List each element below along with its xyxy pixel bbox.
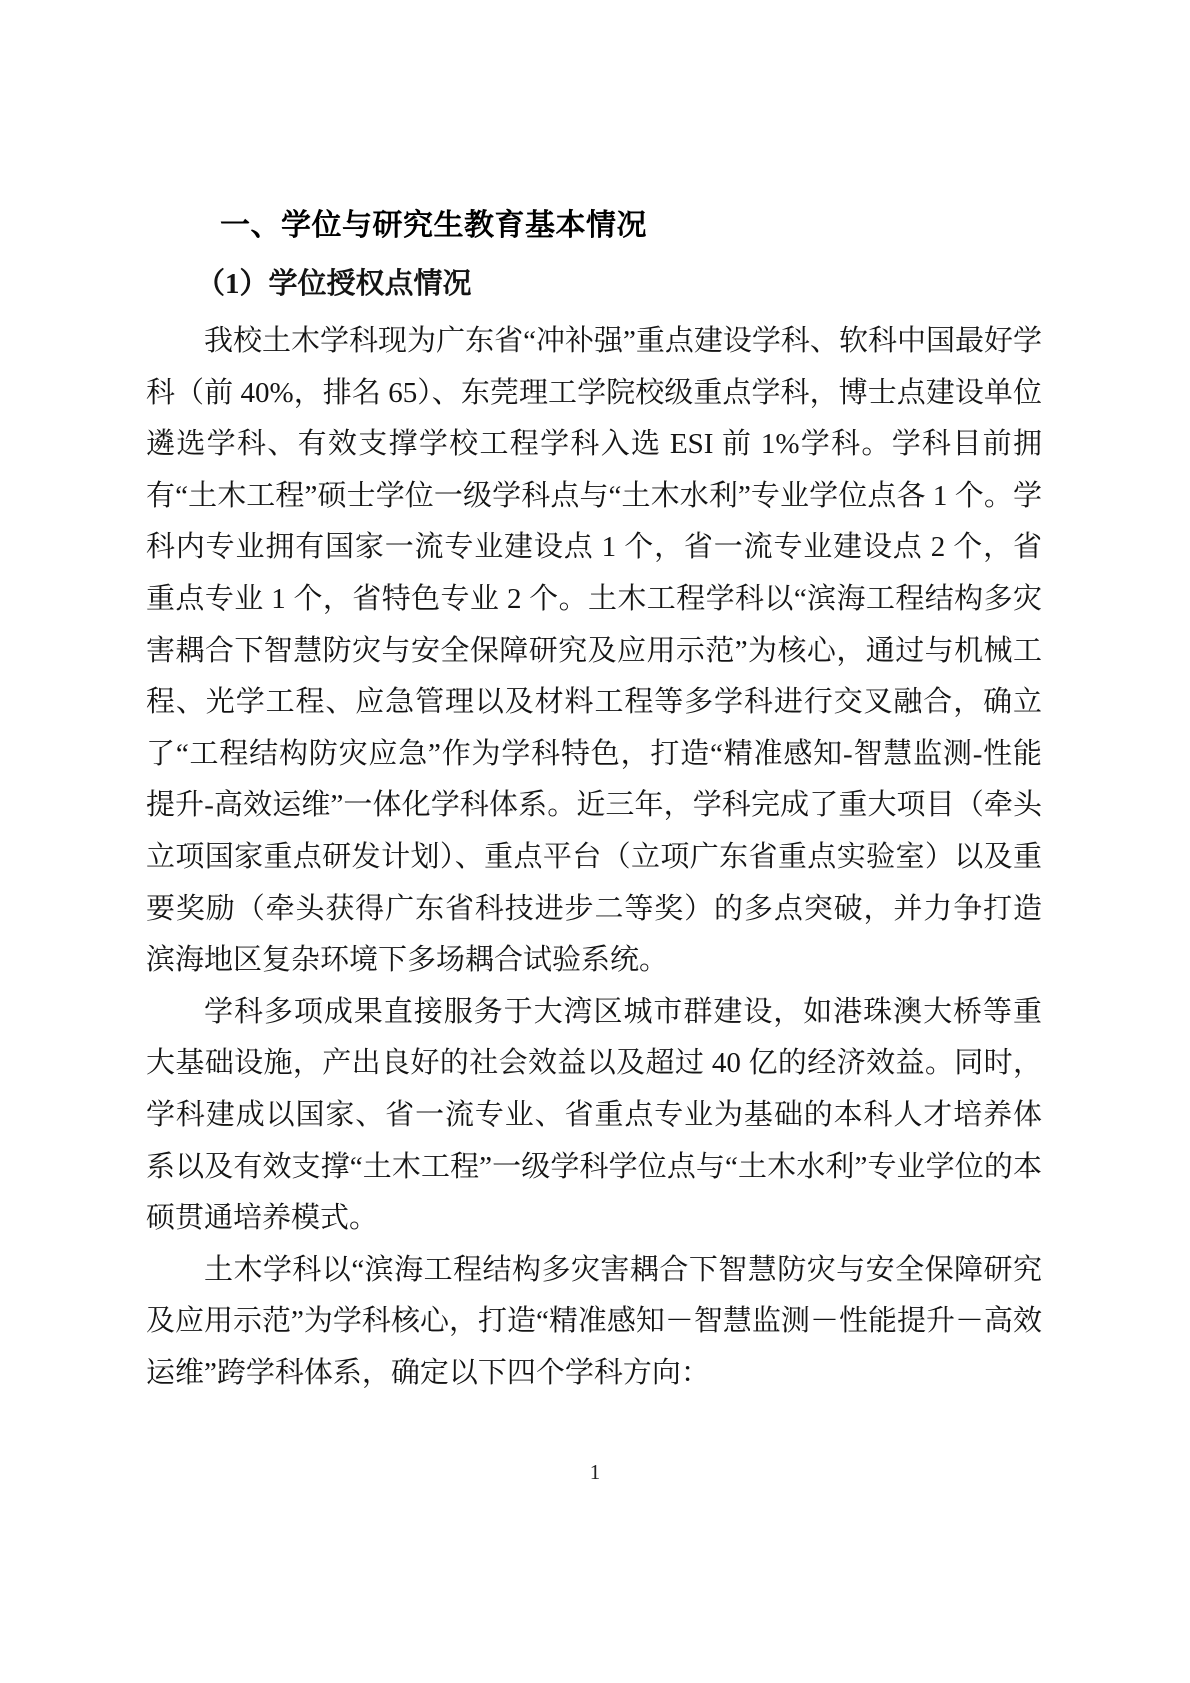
paragraph-1: 我校土木学科现为广东省“冲补强”重点建设学科、软科中国最好学科（前 40%，排名… xyxy=(146,316,1042,987)
paragraph-2: 学科多项成果直接服务于大湾区城市群建设，如港珠澳大桥等重大基础设施，产出良好的社… xyxy=(146,987,1042,1245)
section-subheading: （1）学位授权点情况 xyxy=(146,264,1042,304)
page-number: 1 xyxy=(0,1460,1190,1485)
document-content: 一、学位与研究生教育基本情况 （1）学位授权点情况 我校土木学科现为广东省“冲补… xyxy=(146,0,1042,1399)
document-page: 一、学位与研究生教育基本情况 （1）学位授权点情况 我校土木学科现为广东省“冲补… xyxy=(0,0,1190,1683)
paragraph-3: 土木学科以“滨海工程结构多灾害耦合下智慧防灾与安全保障研究及应用示范”为学科核心… xyxy=(146,1245,1042,1400)
section-heading: 一、学位与研究生教育基本情况 xyxy=(146,208,1042,244)
